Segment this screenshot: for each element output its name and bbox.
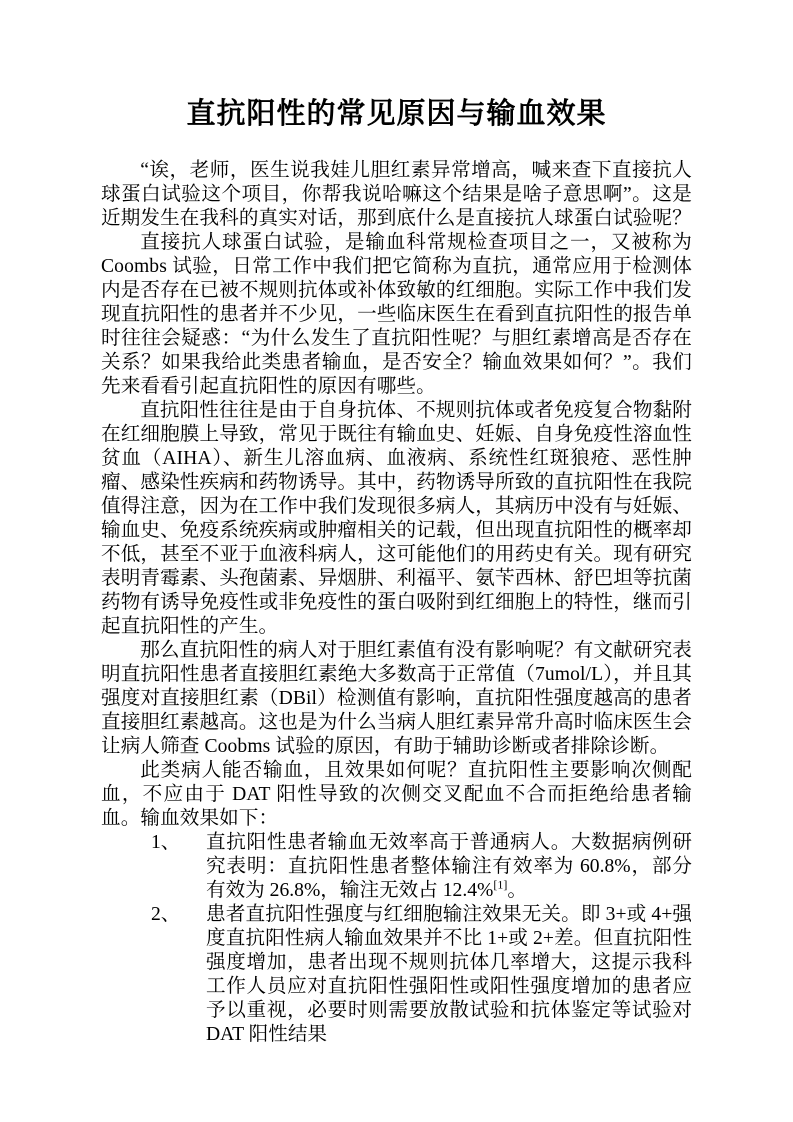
paragraph-coombs-definition: 直接抗人球蛋白试验，是输血科常规检查项目之一，又被称为 Coombs 试验，日常… <box>101 231 692 399</box>
list-item-2: 2、 患者直抗阳性强度与红细胞输注效果无关。即 3+或 4+强度直抗阳性病人输血… <box>101 903 692 1047</box>
list-item-text-tail: 。 <box>507 880 527 901</box>
paragraph-bilirubin-relation: 那么直抗阳性的病人对于胆红素值有没有影响呢？有文献研究表明直抗阳性患者直接胆红素… <box>101 639 692 759</box>
paragraph-intro-dialogue: “诶，老师，医生说我娃儿胆红素异常增高，喊来查下直接抗人球蛋白试验这个项目，你帮… <box>101 159 692 231</box>
list-item-number: 2、 <box>151 903 206 1047</box>
document-title: 直抗阳性的常见原因与输血效果 <box>101 96 692 133</box>
list-item-number: 1、 <box>151 831 206 903</box>
document-content: 直抗阳性的常见原因与输血效果 “诶，老师，医生说我娃儿胆红素异常增高，喊来查下直… <box>0 0 793 1047</box>
citation-superscript: [1] <box>493 877 507 891</box>
numbered-list: 1、 直抗阳性患者输血无效率高于普通病人。大数据病例研究表明：直抗阳性患者整体输… <box>101 831 692 1047</box>
list-item-text: 患者直抗阳性强度与红细胞输注效果无关。即 3+或 4+强度直抗阳性病人输血效果并… <box>206 903 692 1047</box>
document-page: 直抗阳性的常见原因与输血效果 “诶，老师，医生说我娃儿胆红素异常增高，喊来查下直… <box>0 0 793 1122</box>
list-item-text-main: 患者直抗阳性强度与红细胞输注效果无关。即 3+或 4+强度直抗阳性病人输血效果并… <box>206 904 692 1045</box>
list-item-text-main: 直抗阳性患者输血无效率高于普通病人。大数据病例研究表明：直抗阳性患者整体输注有效… <box>206 832 692 901</box>
list-item-1: 1、 直抗阳性患者输血无效率高于普通病人。大数据病例研究表明：直抗阳性患者整体输… <box>101 831 692 903</box>
list-item-text: 直抗阳性患者输血无效率高于普通病人。大数据病例研究表明：直抗阳性患者整体输注有效… <box>206 831 692 903</box>
paragraph-causes: 直抗阳性往往是由于自身抗体、不规则抗体或者免疫复合物黏附在红细胞膜上导致，常见于… <box>101 399 692 639</box>
paragraph-transfusion-intro: 此类病人能否输血，且效果如何呢？直抗阳性主要影响次侧配血，不应由于 DAT 阳性… <box>101 759 692 831</box>
